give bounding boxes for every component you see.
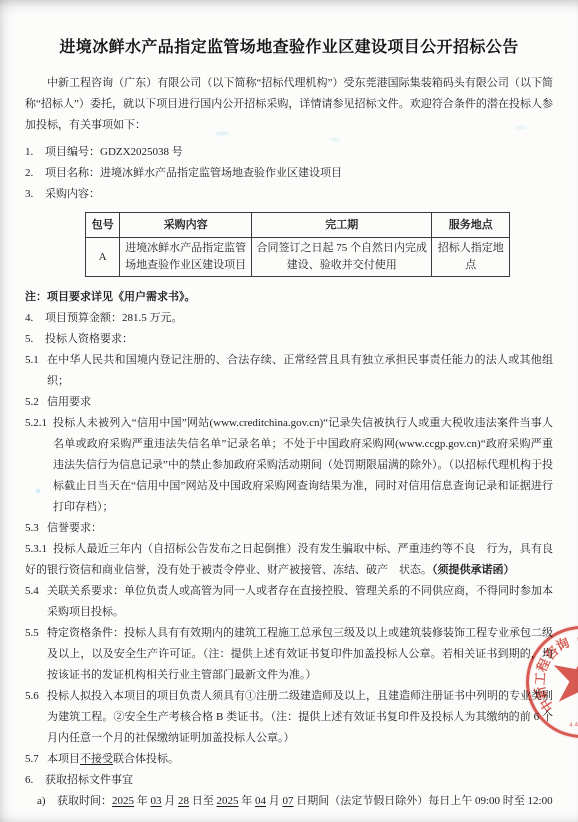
cell-package: A: [86, 238, 120, 277]
section-5-qualifications: 5. 投标人资格要求：: [25, 329, 553, 350]
section-6-obtain-documents: 6. 获取招标文件事宜: [25, 770, 553, 791]
item-text: 采购内容：: [45, 184, 553, 205]
sections: 4. 项目预算金额：281.5 万元。 5. 投标人资格要求： 5.1 在中华人…: [25, 308, 553, 812]
section-5-6: 5.6 投标人拟投入本项目的项目负责人须具有①注册二级建造师及以上，且建造师注册…: [25, 686, 553, 749]
section-text: 投标人未被列入“信用中国”网站(www.creditchina.gov.cn)“…: [53, 413, 553, 518]
item-text: 项目编号：GDZX2025038 号: [45, 142, 553, 163]
section-text: 项目预算金额：281.5 万元。: [45, 308, 553, 329]
section-number: 5.3.1: [25, 543, 47, 555]
section-5-3-1: 5.3.1投标人最近三年内（自招标公告发布之日起倒推）没有发生骗取中标、严重违约…: [25, 539, 553, 581]
note-line: 注：项目要求详见《用户需求书》。: [25, 287, 553, 308]
section-number: 5.2.1: [25, 413, 53, 518]
section-number: 5.3: [25, 518, 47, 539]
section-number: 5.7: [25, 749, 47, 770]
text-segment: 日至: [189, 795, 217, 807]
section-4-budget: 4. 项目预算金额：281.5 万元。: [25, 308, 553, 329]
section-text: 特定资格条件：投标人具有有效期内的建筑工程施工总承包三级及以上或建筑装修装饰工程…: [47, 623, 553, 686]
header-period: 完工期: [252, 213, 432, 238]
section-text: 本项目不接受联合体投标。: [47, 749, 553, 770]
section-number: 4.: [25, 308, 45, 329]
numbered-items: 1. 项目编号：GDZX2025038 号 2. 项目名称：进境冰鲜水产品指定监…: [25, 142, 553, 205]
section-5-1: 5.1 在中华人民共和国境内登记注册的、合法存续、正常经营且具有独立承担民事责任…: [25, 350, 553, 392]
text-segment: 获取时间：: [57, 795, 112, 807]
section-number: 5.1: [25, 350, 47, 392]
item-project-name: 2. 项目名称：进境冰鲜水产品指定监管场地查验作业区建设项目: [25, 163, 553, 184]
section-5-2: 5.2 信用要求: [25, 392, 553, 413]
item-procurement-content: 3. 采购内容：: [25, 184, 553, 205]
underlined-segment: 不接受: [80, 753, 113, 765]
intro-paragraph: 中新工程咨询（广东）有限公司（以下简称“招标代理机构”）受东莞港国际集装箱码头有…: [25, 73, 553, 136]
section-text: 关联关系要求：单位负责人或高管为同一人或者存在直接控股、管理关系的不同供应商，不…: [47, 581, 553, 623]
procurement-table: 包号 采购内容 完工期 服务地点 A 进境冰鲜水产品指定监管场地查验作业区建设项…: [85, 212, 510, 277]
section-5-2-1: 5.2.1 投标人未被列入“信用中国”网站(www.creditchina.go…: [25, 413, 553, 518]
cell-period: 合同签订之日起 75 个自然日内完成建设、验收并交付使用: [252, 238, 432, 277]
table-header-row: 包号 采购内容 完工期 服务地点: [86, 213, 510, 238]
section-letter: a): [37, 791, 57, 812]
section-5-5: 5.5 特定资格条件：投标人具有有效期内的建筑工程施工总承包三级及以上或建筑装修…: [25, 623, 553, 686]
table-row: A 进境冰鲜水产品指定监管场地查验作业区建设项目 合同签订之日起 75 个自然日…: [86, 238, 510, 277]
section-text: 信用要求: [47, 392, 553, 413]
item-number: 1.: [25, 142, 45, 163]
section-text: 投标人资格要求：: [45, 329, 553, 350]
cell-content: 进境冰鲜水产品指定监管场地查验作业区建设项目: [120, 238, 252, 277]
item-text: 项目名称：进境冰鲜水产品指定监管场地查验作业区建设项目: [45, 163, 553, 184]
underlined-date-day: 07: [283, 795, 294, 807]
text-segment: 月: [162, 795, 179, 807]
underlined-date-month: 04: [255, 795, 266, 807]
underlined-date-year: 2025: [112, 795, 134, 807]
cell-location: 招标人指定地点: [432, 238, 510, 277]
text-segment: 本项目: [47, 753, 80, 765]
document-page: 进境冰鲜水产品指定监管场地查验作业区建设项目公开招标公告 中新工程咨询（广东）有…: [0, 0, 578, 822]
header-location: 服务地点: [432, 213, 510, 238]
header-content: 采购内容: [120, 213, 252, 238]
section-6a-obtain-time: a) 获取时间：2025 年 03 月 28 日至 2025 年 04 月 07…: [25, 791, 553, 812]
section-text: 获取招标文件事宜: [45, 770, 553, 791]
section-5-7-no-consortium: 5.7 本项目不接受联合体投标。: [25, 749, 553, 770]
section-number: 5.: [25, 329, 45, 350]
section-number: 6.: [25, 770, 45, 791]
section-text: 获取时间：2025 年 03 月 28 日至 2025 年 04 月 07 日期…: [57, 791, 553, 812]
section-5-3: 5.3 信誉要求：: [25, 518, 553, 539]
underlined-date-year: 2025: [217, 795, 239, 807]
section-text: 投标人拟投入本项目的项目负责人须具有①注册二级建造师及以上，且建造师注册证书中列…: [47, 686, 553, 749]
section-number: 5.2: [25, 392, 47, 413]
document-content: 进境冰鲜水产品指定监管场地查验作业区建设项目公开招标公告 中新工程咨询（广东）有…: [25, 0, 553, 812]
underlined-date-day: 28: [178, 795, 189, 807]
section-number: 5.6: [25, 686, 47, 749]
text-segment: 年: [134, 795, 151, 807]
section-5-4: 5.4 关联关系要求：单位负责人或高管为同一人或者存在直接控股、管理关系的不同供…: [25, 581, 553, 623]
section-number: 5.4: [25, 581, 47, 623]
item-project-number: 1. 项目编号：GDZX2025038 号: [25, 142, 553, 163]
commitment-letter-required: （须提供承诺函）: [432, 564, 515, 576]
text-segment: 日期间（法定节假日除外）每日上午 09:00 时至 12:00: [294, 795, 553, 807]
header-package: 包号: [86, 213, 120, 238]
section-text: 在中华人民共和国境内登记注册的、合法存续、正常经营且具有独立承担民事责任能力的法…: [47, 350, 553, 392]
item-number: 3.: [25, 184, 45, 205]
text-segment: 联合体投标。: [113, 753, 179, 765]
text-segment: 月: [266, 795, 283, 807]
item-number: 2.: [25, 163, 45, 184]
section-text: 信誉要求：: [47, 518, 553, 539]
text-segment: 年: [239, 795, 256, 807]
section-number: 5.5: [25, 623, 47, 686]
underlined-date-month: 03: [151, 795, 162, 807]
page-title: 进境冰鲜水产品指定监管场地查验作业区建设项目公开招标公告: [25, 37, 553, 59]
